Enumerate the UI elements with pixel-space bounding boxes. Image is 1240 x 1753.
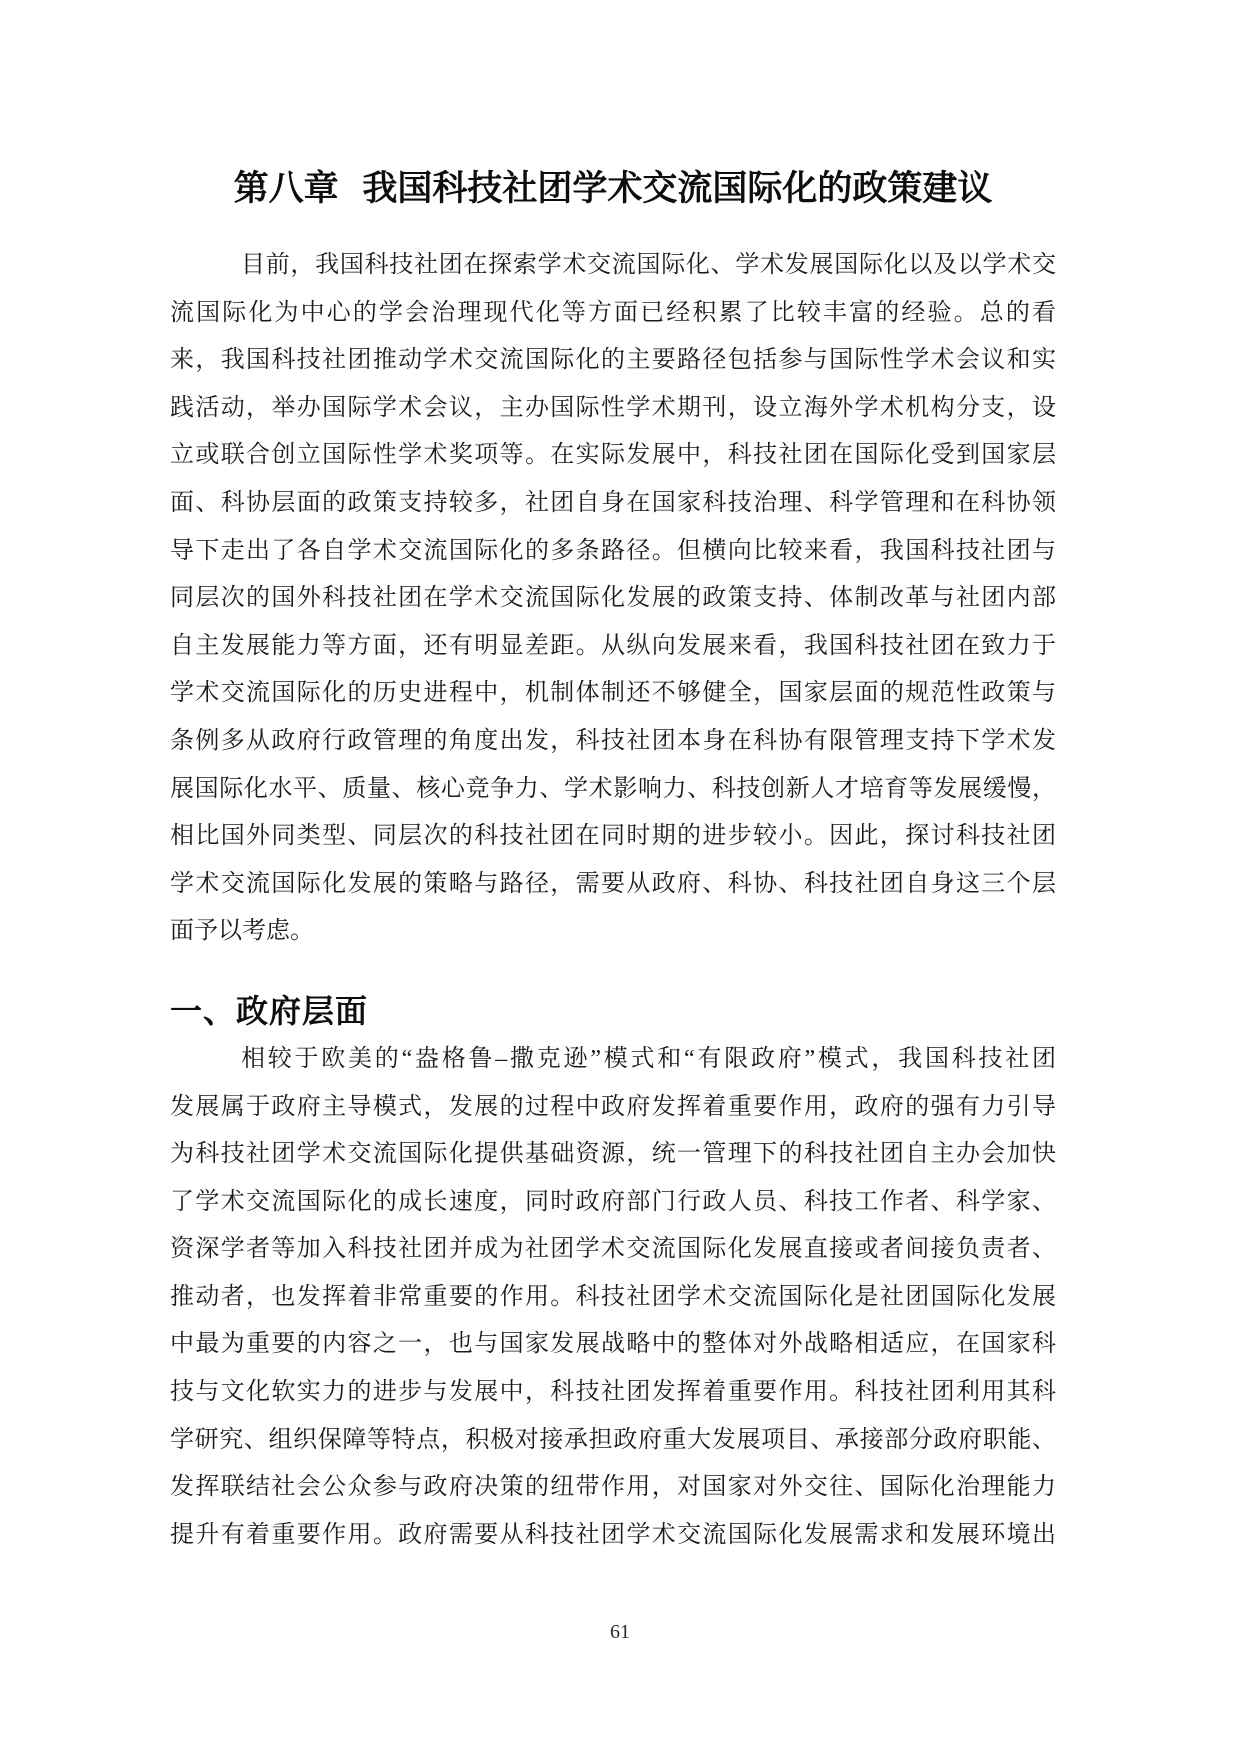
text-line: 导下走出了各自学术交流国际化的多条路径。但横向比较来看，我国科技社团与 [170,528,1056,576]
text-line: 相比国外同类型、同层次的科技社团在同时期的进步较小。因此，探讨科技社团 [170,813,1056,861]
text-line: 目前，我国科技社团在探索学术交流国际化、学术发展国际化以及以学术交 [170,242,1056,290]
text-line: 同层次的国外科技社团在学术交流国际化发展的政策支持、体制改革与社团内部 [170,575,1056,623]
text-line: 面、科协层面的政策支持较多，社团自身在国家科技治理、科学管理和在科协领 [170,480,1056,528]
government-paragraph: 相较于欧美的“盎格鲁–撒克逊”模式和“有限政府”模式，我国科技社团发展属于政府主… [170,1036,1056,1560]
text-line: 条例多从政府行政管理的角度出发，科技社团本身在科协有限管理支持下学术发 [170,718,1056,766]
text-line: 学研究、组织保障等特点，积极对接承担政府重大发展项目、承接部分政府职能、 [170,1417,1056,1465]
text-line: 来，我国科技社团推动学术交流国际化的主要路径包括参与国际性学术会议和实 [170,337,1056,385]
text-line: 展国际化水平、质量、核心竞争力、学术影响力、科技创新人才培育等发展缓慢， [170,766,1056,814]
section-heading-government: 一、政府层面 [170,986,1056,1036]
text-line: 发挥联结社会公众参与政府决策的纽带作用，对国家对外交往、国际化治理能力 [170,1464,1056,1512]
text-line: 提升有着重要作用。政府需要从科技社团学术交流国际化发展需求和发展环境出 [170,1512,1056,1560]
text-line: 技与文化软实力的进步与发展中，科技社团发挥着重要作用。科技社团利用其科 [170,1369,1056,1417]
text-line: 相较于欧美的“盎格鲁–撒克逊”模式和“有限政府”模式，我国科技社团 [170,1036,1056,1084]
text-line: 面予以考虑。 [170,908,1056,956]
text-line: 为科技社团学术交流国际化提供基础资源，统一管理下的科技社团自主办会加快 [170,1131,1056,1179]
text-line: 立或联合创立国际性学术奖项等。在实际发展中，科技社团在国际化受到国家层 [170,432,1056,480]
text-line: 中最为重要的内容之一，也与国家发展战略中的整体对外战略相适应，在国家科 [170,1321,1056,1369]
text-line: 推动者，也发挥着非常重要的作用。科技社团学术交流国际化是社团国际化发展 [170,1274,1056,1322]
text-line: 流国际化为中心的学会治理现代化等方面已经积累了比较丰富的经验。总的看 [170,290,1056,338]
text-column: 第八章 我国科技社团学术交流国际化的政策建议 目前，我国科技社团在探索学术交流国… [170,0,1056,1559]
text-line: 自主发展能力等方面，还有明显差距。从纵向发展来看，我国科技社团在致力于 [170,623,1056,671]
text-line: 资深学者等加入科技社团并成为社团学术交流国际化发展直接或者间接负责者、 [170,1226,1056,1274]
chapter-title: 第八章 我国科技社团学术交流国际化的政策建议 [170,163,1056,215]
text-line: 学术交流国际化的历史进程中，机制体制还不够健全，国家层面的规范性政策与 [170,670,1056,718]
text-line: 践活动，举办国际学术会议，主办国际性学术期刊，设立海外学术机构分支，设 [170,385,1056,433]
page-number: 61 [0,1620,1240,1644]
text-line: 了学术交流国际化的成长速度，同时政府部门行政人员、科技工作者、科学家、 [170,1179,1056,1227]
text-line: 学术交流国际化发展的策略与路径，需要从政府、科协、科技社团自身这三个层 [170,861,1056,909]
document-page: 第八章 我国科技社团学术交流国际化的政策建议 目前，我国科技社团在探索学术交流国… [0,0,1240,1753]
intro-paragraph: 目前，我国科技社团在探索学术交流国际化、学术发展国际化以及以学术交流国际化为中心… [170,242,1056,956]
text-line: 发展属于政府主导模式，发展的过程中政府发挥着重要作用，政府的强有力引导 [170,1084,1056,1132]
